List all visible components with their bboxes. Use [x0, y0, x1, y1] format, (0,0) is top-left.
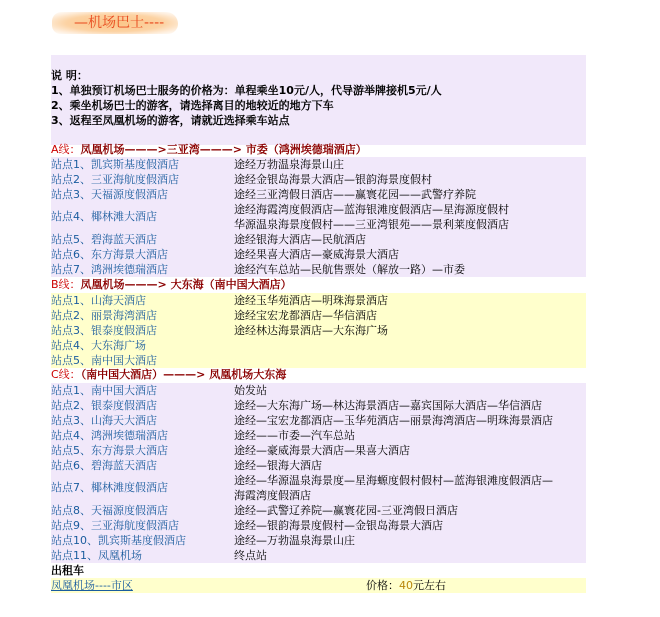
stop-link[interactable]: 站点3、天福源度假酒店	[51, 187, 168, 202]
stop-link[interactable]: 站点2、银泰度假酒店	[51, 398, 157, 413]
stop-link[interactable]: 站点6、碧海蓝天酒店	[51, 458, 157, 473]
via-text: 途经——市委—汽车总站	[234, 428, 355, 443]
stop-link[interactable]: 站点7、鸿洲埃德瑞酒店	[51, 262, 168, 277]
via-text: 途经三亚湾假日酒店——赢寰花园——武警疗养院	[234, 187, 476, 202]
via-text: 途经金银岛海景大酒店—银韵海景度假村	[234, 172, 432, 187]
taxi-price: 价格：40元左右	[366, 578, 446, 593]
via-text: 途经银海大酒店—民航酒店	[234, 232, 366, 247]
via-text: 途经—万勃温泉海景山庄	[234, 533, 355, 548]
stop-link[interactable]: 站点3、山海天大酒店	[51, 413, 157, 428]
via-text: 途经宝宏龙都酒店—华信酒店	[234, 308, 377, 323]
price-value: 40	[399, 579, 413, 592]
route-a-label: A线：	[51, 143, 81, 156]
stop-link[interactable]: 站点4、椰林滩大酒店	[51, 209, 157, 224]
via-text: 途经—宝宏龙都酒店—玉华苑酒店—丽景海湾酒店—明珠海景酒店	[234, 413, 553, 428]
note-item: 2、乘坐机场巴士的游客，请选择离目的地较近的地方下车	[51, 99, 334, 113]
stop-link[interactable]: 站点8、天福源度假酒店	[51, 503, 168, 518]
notes-heading: 说 明：	[51, 69, 88, 83]
price-suffix: 元左右	[413, 579, 446, 592]
via-text: 途经—大东海广场—林达海景酒店—嘉宾国际大酒店—华信酒店	[234, 398, 542, 413]
route-b-title: 凤凰机场———> 大东海（南中国大酒店）	[81, 278, 292, 291]
via-text: 途经万勃温泉海景山庄	[234, 157, 344, 172]
via-text: 始发站	[234, 383, 267, 398]
stop-link[interactable]: 站点10、凯宾斯基度假酒店	[51, 533, 186, 548]
stop-link[interactable]: 站点2、三亚海航度假酒店	[51, 172, 179, 187]
route-c-header: C线：（南中国大酒店）———> 凤凰机场大东海	[51, 368, 286, 382]
via-text: 途经玉华苑酒店—明珠海景酒店	[234, 293, 388, 308]
stop-link[interactable]: 站点7、椰林滩度假酒店	[51, 480, 168, 495]
via-text: 海霞湾度假酒店	[234, 488, 311, 503]
via-text: 终点站	[234, 548, 267, 563]
note-item: 3、返程至凤凰机场的游客，请就近选择乘车站点	[51, 114, 290, 128]
route-a-title: 凤凰机场———>三亚湾———> 市委（鸿洲埃德瑞酒店）	[81, 143, 367, 156]
stop-link[interactable]: 站点5、碧海蓝天酒店	[51, 232, 157, 247]
route-b-header: B线：凤凰机场———> 大东海（南中国大酒店）	[51, 278, 292, 292]
price-label: 价格：	[366, 579, 399, 592]
stop-link[interactable]: 站点1、山海天酒店	[51, 293, 146, 308]
via-text: 途经—银海大酒店	[234, 458, 322, 473]
via-text: 途经海霞湾度假酒店—蓝海银滩度假酒店—星海源度假村	[234, 202, 509, 217]
via-text: 途经汽车总站—民航售票处（解放一路）—市委	[234, 262, 465, 277]
section-title: —机场巴士----	[74, 14, 164, 32]
stop-link[interactable]: 站点2、丽景海湾酒店	[51, 308, 157, 323]
route-b-label: B线：	[51, 278, 81, 291]
via-text: 华源温泉海景度假村——三亚湾银苑——景利莱度假酒店	[234, 217, 509, 232]
route-c-title: （南中国大酒店）———> 凤凰机场大东海	[81, 368, 287, 381]
via-text: 途经—华源温泉海景度—星海螈度假村假村—蓝海银滩度假酒店—	[234, 473, 553, 488]
note-item: 1、单独预订机场巴士服务的价格为：单程乘坐10元/人，代导游举牌接机5元/人	[51, 84, 442, 98]
taxi-heading: 出租车	[51, 564, 84, 578]
table-row: 站点4、椰林滩大酒店途经海霞湾度假酒店—蓝海银滩度假酒店—星海源度假村华源温泉海…	[51, 202, 586, 232]
stop-link[interactable]: 站点6、东方海景大酒店	[51, 247, 168, 262]
via-text: 途经—银韵海景度假村—金银岛海景大酒店	[234, 518, 443, 533]
stop-link[interactable]: 站点5、东方海景大酒店	[51, 443, 168, 458]
route-c-label: C线：	[51, 368, 81, 381]
via-text: 途经—豪威海景大酒店—果喜大酒店	[234, 443, 410, 458]
stop-link[interactable]: 站点1、凯宾斯基度假酒店	[51, 157, 179, 172]
via-text: 途经林达海景酒店—大东海广场	[234, 323, 388, 338]
stop-link[interactable]: 站点4、大东海广场	[51, 338, 146, 353]
stop-link[interactable]: 站点4、鸿洲埃德瑞酒店	[51, 428, 168, 443]
stop-link[interactable]: 站点3、银泰度假酒店	[51, 323, 157, 338]
table-row: 站点7、椰林滩度假酒店途经—华源温泉海景度—星海螈度假村假村—蓝海银滩度假酒店—…	[51, 473, 586, 503]
stop-link[interactable]: 站点5、南中国大酒店	[51, 353, 157, 368]
stop-link[interactable]: 站点9、三亚海航度假酒店	[51, 518, 179, 533]
taxi-route-link[interactable]: 凤凰机场----市区	[51, 578, 133, 593]
via-text: 途经果喜大酒店—豪威海景大酒店	[234, 247, 399, 262]
via-text: 途经—武警辽养院—赢寰花园-三亚湾假日酒店	[234, 503, 458, 518]
stop-link[interactable]: 站点11、凤凰机场	[51, 548, 142, 563]
route-a-header: A线：凤凰机场———>三亚湾———> 市委（鸿洲埃德瑞酒店）	[51, 143, 367, 157]
stop-link[interactable]: 站点1、南中国大酒店	[51, 383, 157, 398]
